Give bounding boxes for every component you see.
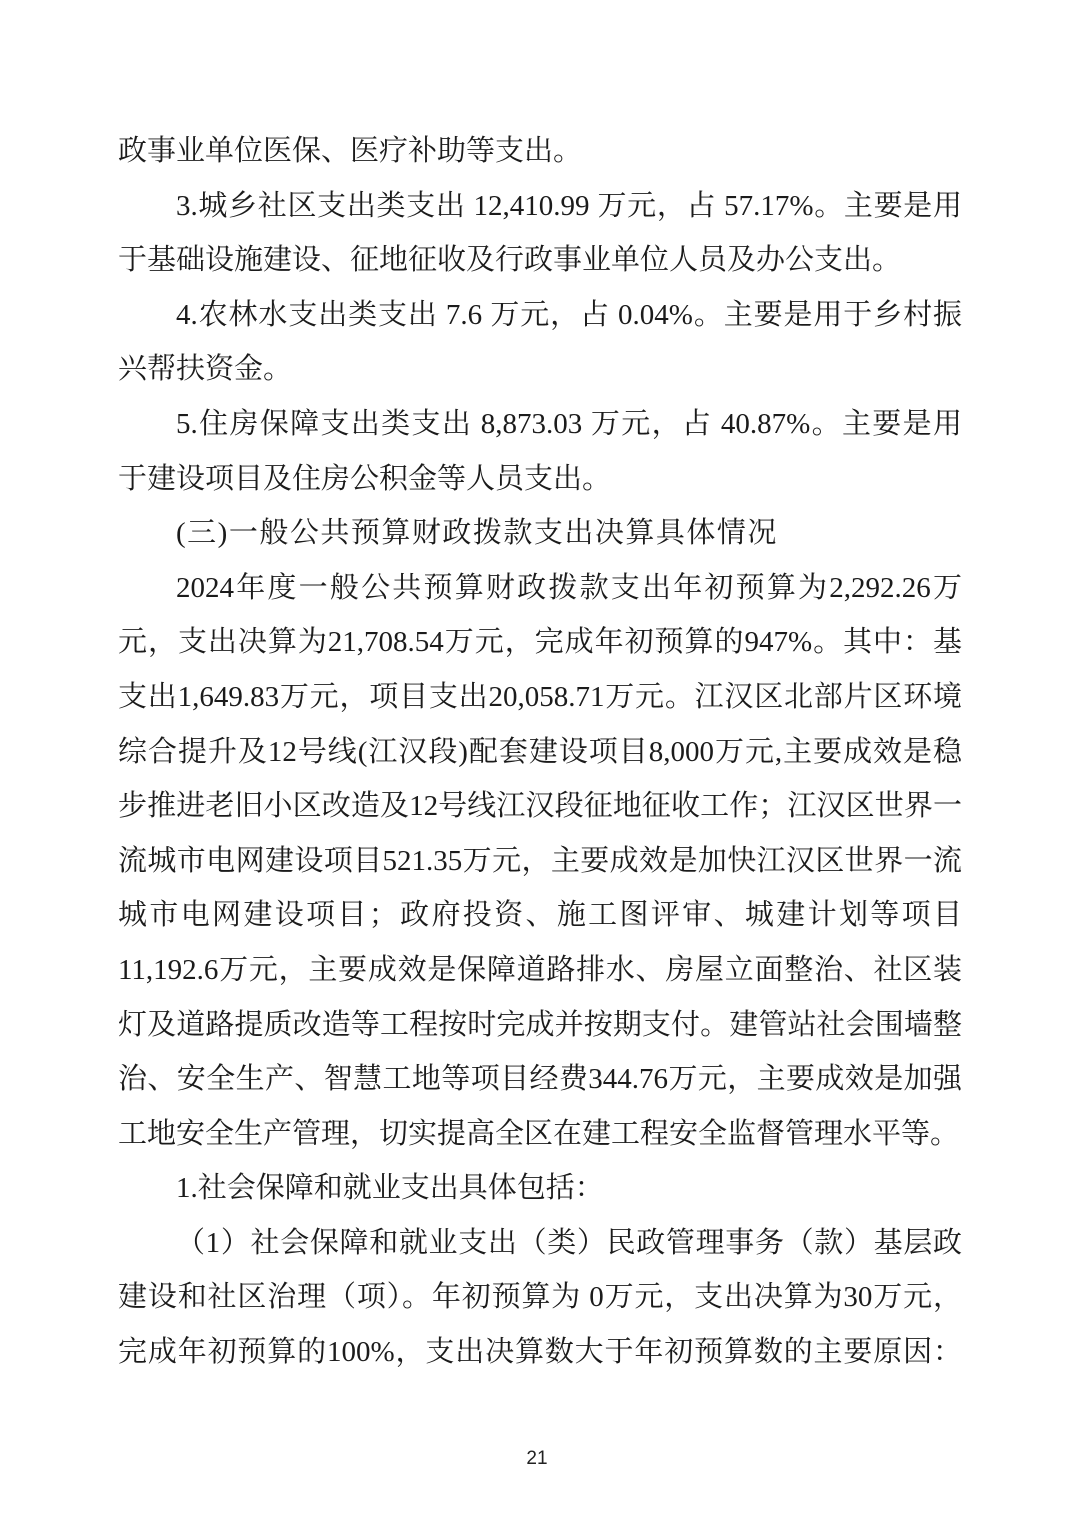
doc-line: 于基础设施建设、征地征收及行政事业单位人员及办公支出。 — [118, 233, 962, 288]
doc-line: 兴帮扶资金。 — [118, 342, 962, 397]
doc-line: 灯及道路提质改造等工程按时完成并按期支付。建管站社会围墙整 — [118, 998, 962, 1053]
doc-line: 1.社会保障和就业支出具体包括： — [118, 1161, 962, 1216]
doc-line: 政事业单位医保、医疗补助等支出。 — [118, 124, 962, 179]
section-heading: (三)一般公共预算财政拨款支出决算具体情况 — [118, 506, 962, 561]
doc-line: 4.农林水支出类支出 7.6 万元，占 0.04%。主要是用于乡村振 — [118, 288, 962, 343]
page-number: 21 — [0, 1448, 1074, 1470]
doc-line: 综合提升及12号线(江汉段)配套建设项目8,000万元,主要成效是稳 — [118, 725, 962, 780]
document-page: 政事业单位医保、医疗补助等支出。 3.城乡社区支出类支出 12,410.99 万… — [0, 0, 1074, 1520]
doc-line: 2024年度一般公共预算财政拨款支出年初预算为2,292.26万 — [118, 561, 962, 616]
doc-line: 工地安全生产管理，切实提高全区在建工程安全监督管理水平等。 — [118, 1107, 962, 1162]
doc-line: 步推进老旧小区改造及12号线江汉段征地征收工作；江汉区世界一 — [118, 779, 962, 834]
document-body: 政事业单位医保、医疗补助等支出。 3.城乡社区支出类支出 12,410.99 万… — [118, 124, 962, 1380]
doc-line: 支出1,649.83万元，项目支出20,058.71万元。江汉区北部片区环境 — [118, 670, 962, 725]
doc-line: （1）社会保障和就业支出（类）民政管理事务（款）基层政权 — [118, 1216, 962, 1271]
doc-line: 3.城乡社区支出类支出 12,410.99 万元，占 57.17%。主要是用 — [118, 179, 962, 234]
doc-line: 11,192.6万元，主要成效是保障道路排水、房屋立面整治、社区装 — [118, 943, 962, 998]
doc-line: 建设和社区治理（项）。年初预算为 0万元，支出决算为30万元， — [118, 1270, 962, 1325]
doc-line: 完成年初预算的100%，支出决算数大于年初预算数的主要原因：结 — [118, 1325, 962, 1380]
doc-line: 治、安全生产、智慧工地等项目经费344.76万元，主要成效是加强 — [118, 1052, 962, 1107]
doc-line: 于建设项目及住房公积金等人员支出。 — [118, 452, 962, 507]
doc-line: 元，支出决算为21,708.54万元，完成年初预算的947%。其中：基本 — [118, 615, 962, 670]
doc-line: 城市电网建设项目；政府投资、施工图评审、城建计划等项目 — [118, 888, 962, 943]
doc-line: 流城市电网建设项目521.35万元，主要成效是加快江汉区世界一流 — [118, 834, 962, 889]
doc-line: 5.住房保障支出类支出 8,873.03 万元，占 40.87%。主要是用 — [118, 397, 962, 452]
